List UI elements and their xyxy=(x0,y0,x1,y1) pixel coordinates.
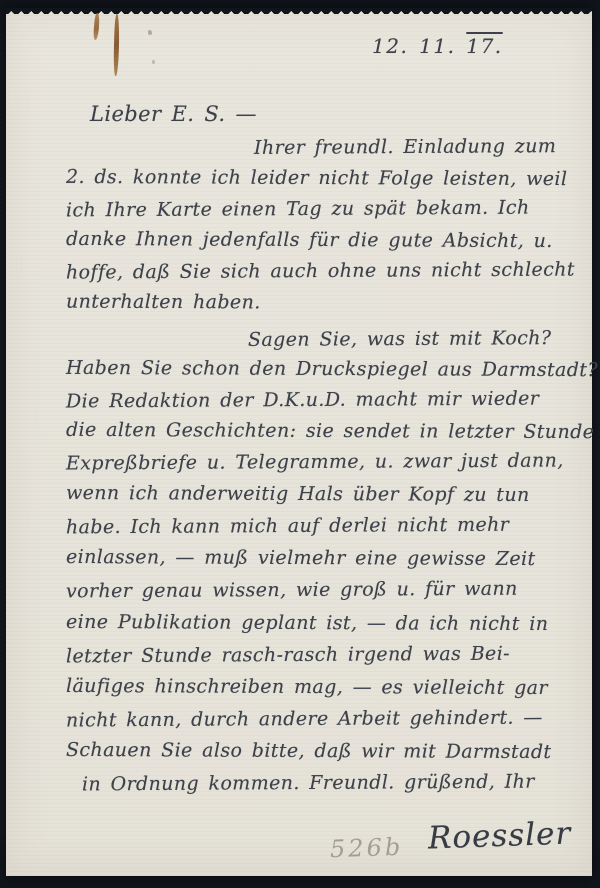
letter-line: nicht kann, durch andere Arbeit gehinder… xyxy=(66,707,543,732)
scan-background: 12. 11. 17. Lieber E. S. — Ihrer freundl… xyxy=(0,0,600,888)
date-year: 17. xyxy=(466,34,502,58)
signature: Roessler xyxy=(427,816,571,857)
letter-page: 12. 11. 17. Lieber E. S. — Ihrer freundl… xyxy=(6,8,592,876)
letter-line: letzter Stunde rasch-rasch irgend was Be… xyxy=(66,643,510,668)
letter-line: in Ordnung kommen. Freundl. grüßend, Ihr xyxy=(82,771,535,796)
letter-line: 2. ds. konnte ich leider nicht Folge lei… xyxy=(66,166,567,190)
date-day-month: 12. 11. xyxy=(372,34,455,58)
letter-line: Haben Sie schon den Druckspiegel aus Dar… xyxy=(66,357,598,381)
letter-line: Ihrer freundl. Einladung zum xyxy=(254,135,556,159)
ink-speck xyxy=(148,30,152,35)
letter-line: Schauen Sie also bitte, daß wir mit Darm… xyxy=(66,739,552,763)
letter-line: Sagen Sie, was ist mit Koch? xyxy=(248,327,552,351)
letter-line: danke Ihnen jedenfalls für die gute Absi… xyxy=(66,228,553,252)
letter-line: vorher genau wissen, wie groß u. für wan… xyxy=(66,578,518,603)
letter-line: läufiges hinschreiben mag, — es vielleic… xyxy=(66,675,548,699)
letter-line: habe. Ich kann mich auf derlei nicht meh… xyxy=(66,514,509,539)
letter-line: Expreßbriefe u. Telegramme, u. zwar just… xyxy=(66,449,564,474)
letter-line: einlassen, — muß vielmehr eine gewisse Z… xyxy=(66,546,536,570)
letter-line: Die Redaktion der D.K.u.D. macht mir wie… xyxy=(66,388,539,413)
rust-stain xyxy=(93,13,100,40)
salutation: Lieber E. S. — xyxy=(90,102,257,126)
letter-line: ich Ihre Karte einen Tag zu spät bekam. … xyxy=(66,197,530,222)
catalog-number-pencil: 526b xyxy=(330,833,404,864)
letter-line: wenn ich anderweitig Hals über Kopf zu t… xyxy=(66,482,530,506)
rust-stain xyxy=(113,14,120,76)
letter-date: 12. 11. 17. xyxy=(372,34,503,58)
letter-line: unterhalten haben. xyxy=(66,291,261,314)
letter-line: die alten Geschichten: sie sendet in let… xyxy=(66,419,594,443)
letter-line: eine Publikation geplant ist, — da ich n… xyxy=(66,611,549,635)
letter-line: hoffe, daß Sie sich auch ohne uns nicht … xyxy=(66,258,575,283)
ink-speck xyxy=(152,60,155,64)
perforated-edge xyxy=(6,8,592,14)
